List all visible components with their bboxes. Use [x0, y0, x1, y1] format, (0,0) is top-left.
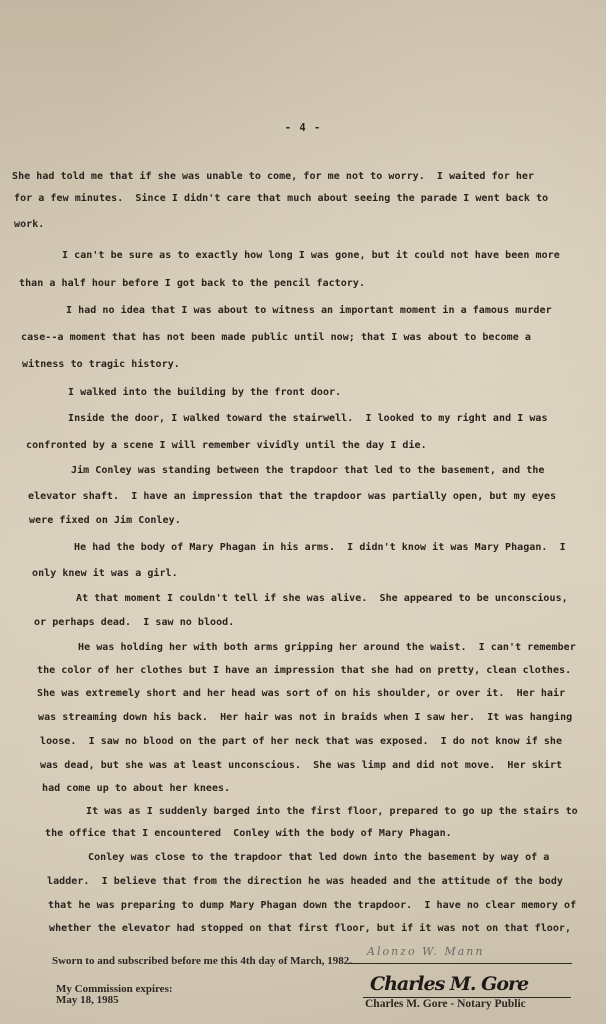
text-line: had come up to about her knees.	[42, 783, 230, 794]
witness-signature: Alonzo W. Mann	[367, 945, 484, 958]
sworn-statement: Sworn to and subscribed before me this 4…	[52, 955, 352, 967]
text-line: At that moment I couldn't tell if she wa…	[76, 593, 568, 604]
text-line: was dead, but she was at least unconscio…	[40, 760, 562, 771]
text-line: witness to tragic history.	[22, 359, 180, 370]
text-line: than a half hour before I got back to th…	[19, 278, 365, 289]
text-line: He was holding her with both arms grippi…	[78, 642, 576, 653]
text-line: It was as I suddenly barged into the fir…	[86, 806, 578, 817]
text-line: or perhaps dead. I saw no blood.	[34, 617, 234, 628]
text-line: ladder. I believe that from the directio…	[47, 876, 563, 887]
text-line: the office that I encountered Conley wit…	[45, 828, 452, 839]
text-line: loose. I saw no blood on the part of her…	[40, 736, 562, 747]
text-line: were fixed on Jim Conley.	[29, 515, 181, 526]
text-line: only knew it was a girl.	[32, 568, 178, 579]
text-line: She was extremely short and her head was…	[37, 688, 565, 699]
document-page: - 4 - She had told me that if she was un…	[0, 0, 606, 1024]
text-line: I had no idea that I was about to witnes…	[66, 305, 552, 316]
text-line: work.	[14, 219, 44, 230]
text-line: confronted by a scene I will remember vi…	[26, 440, 427, 451]
text-line: Jim Conley was standing between the trap…	[71, 465, 545, 476]
text-line: She had told me that if she was unable t…	[12, 171, 534, 182]
text-line: the color of her clothes but I have an i…	[37, 665, 571, 676]
notary-signature: Charles M. Gore	[370, 973, 528, 995]
commission-expiry: My Commission expires: May 18, 1985	[56, 984, 173, 1006]
text-line: whether the elevator had stopped on that…	[49, 923, 571, 934]
text-line: Inside the door, I walked toward the sta…	[68, 413, 548, 424]
text-line: that he was preparing to dump Mary Phaga…	[48, 900, 576, 911]
text-line: He had the body of Mary Phagan in his ar…	[74, 542, 566, 553]
text-line: was streaming down his back. Her hair wa…	[38, 712, 572, 723]
page-number: - 4 -	[0, 122, 606, 134]
witness-signature-line	[345, 963, 572, 964]
notary-title: Charles M. Gore - Notary Public	[365, 998, 526, 1010]
commission-date: May 18, 1985	[56, 995, 173, 1006]
text-line: for a few minutes. Since I didn't care t…	[14, 193, 548, 204]
text-line: case--a moment that has not been made pu…	[21, 332, 531, 343]
text-line: elevator shaft. I have an impression tha…	[28, 491, 556, 502]
text-line: Conley was close to the trapdoor that le…	[88, 852, 549, 863]
text-line: I walked into the building by the front …	[68, 387, 341, 398]
text-line: I can't be sure as to exactly how long I…	[62, 250, 560, 261]
